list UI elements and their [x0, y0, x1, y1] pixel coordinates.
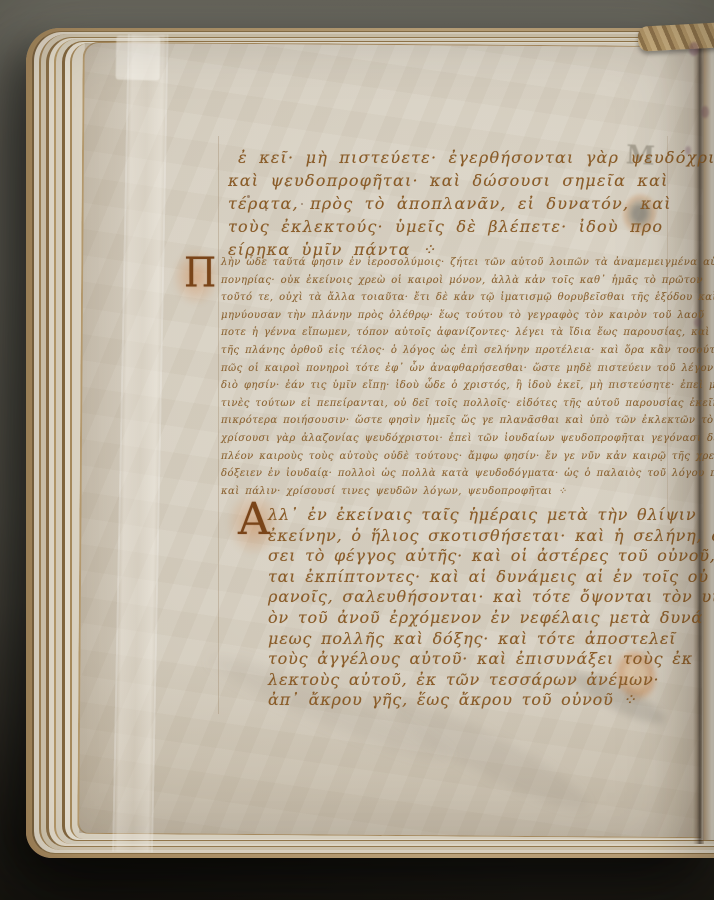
manuscript-text-line: καὶ ψευδοπροφῆται· καὶ δώσουσι σημεῖα κα… — [228, 169, 652, 192]
manuscript-text-line: μηνύουσαν τὴν πλάνην πρὸς ὀλέθρῳ· ἕως το… — [221, 307, 673, 325]
manuscript-text-line: πλέον καιροὺς τοὺς αὐτοὺς οὐδὲ τούτους· … — [221, 448, 673, 466]
manuscript-text-line: χρίσουσι γὰρ ἀλαζονίας ψευδόχριστοι· ἐπε… — [221, 430, 673, 448]
ruling-line-left — [218, 136, 219, 714]
manuscript-text-line: σει τὸ φέγγος αὐτῆς· καὶ οἱ ἀστέρες τοῦ … — [268, 546, 656, 567]
manuscript-text-line: διὸ φησίν· ἐάν τις ὑμῖν εἴπῃ· ἰδοὺ ὧδε ὁ… — [221, 377, 673, 395]
manuscript-photo: Μ Π Α ἐ κεῖ· μὴ πιστεύετε· ἐγερθήσονται … — [0, 0, 714, 900]
manuscript-text-line: δόξειεν ἐν ἰουδαίᾳ· πολλοὶ ὡς πολλὰ κατὰ… — [221, 465, 673, 483]
manuscript-text-line: ἐκείνην, ὁ ἥλιος σκοτισθήσεται· καὶ ἡ σε… — [268, 526, 656, 547]
manuscript-text-line: τινὲς τούτων εἰ πεπείρανται, οὐ δεῖ τοῖς… — [221, 395, 673, 413]
gospel-text-block-bottom: λλ᾽ ἐν ἐκείναις ταῖς ἡμέραις μετὰ τὴν θλ… — [268, 505, 656, 711]
manuscript-text-line: τέρατα, πρὸς τὸ ἀποπλανᾶν, εἰ δυνατόν, κ… — [228, 192, 652, 215]
manuscript-text-line: ἐ κεῖ· μὴ πιστεύετε· ἐγερθήσονται γὰρ ψε… — [228, 146, 652, 169]
initial-pi: Π — [184, 248, 216, 296]
manuscript-text-line: ρανοῖς, σαλευθήσονται· καὶ τότε ὄψονται … — [268, 587, 656, 608]
manuscript-text-line: λεκτοὺς αὐτοῦ, ἐκ τῶν τεσσάρων ἀνέμων· — [268, 670, 656, 691]
manuscript-text-line: τοῦτό τε, οὐχὶ τὰ ἄλλα τοιαῦτα· ἔτι δὲ κ… — [221, 289, 673, 307]
manuscript-text-line: ὸν τοῦ ἀνοῦ ἐρχόμενον ἐν νεφέλαις μετὰ δ… — [268, 608, 656, 629]
gospel-text-block-top: ἐ κεῖ· μὴ πιστεύετε· ἐγερθήσονται γὰρ ψε… — [228, 146, 652, 261]
manuscript-text-line: μεως πολλῆς καὶ δόξης· καὶ τότε ἀποστελε… — [268, 629, 656, 650]
manuscript-text-line: πῶς οἱ καιροὶ πονηροὶ τότε ἐφ᾽ ὧν ἀναφθα… — [221, 360, 673, 378]
manuscript-text-line: πικρότερα ποιήσουσιν· ὥστε φησὶν ἡμεῖς ὥ… — [221, 412, 673, 430]
manuscript-text-line: λλ᾽ ἐν ἐκείναις ταῖς ἡμέραις μετὰ τὴν θλ… — [268, 505, 656, 526]
manuscript-text-line: ται ἐκπίπτοντες· καὶ αἱ δυνάμεις αἱ ἐν τ… — [268, 567, 656, 588]
manuscript-text-line: τοὺς ἐκλεκτούς· ὑμεῖς δὲ βλέπετε· ἰδοὺ π… — [228, 215, 652, 238]
commentary-text-block: λὴν ὧδε ταῦτά φησιν ἐν ἱεροσολύμοις· ζήτ… — [221, 254, 673, 500]
manuscript-text-line: ποτε ἡ γέννα εἴπωμεν, τόπον αὐτοῖς ἀφανί… — [221, 324, 673, 342]
repair-tape-top-end — [116, 36, 161, 81]
manuscript-text-line: τῆς πλάνης ὀρθοῦ εἰς τέλος· ὁ λόγος ὡς ἐ… — [221, 342, 673, 360]
initial-alpha: Α — [238, 494, 270, 545]
manuscript-text-line: ἀπ᾽ ἄκρου γῆς, ἕως ἄκρου τοῦ οὐνοῦ ⁘ — [268, 690, 656, 711]
manuscript-text-line: καὶ πάλιν· χρίσουσί τινες ψευδῶν λόγων, … — [221, 483, 673, 501]
headband-endband — [637, 21, 714, 51]
manuscript-text-line: λὴν ὧδε ταῦτά φησιν ἐν ἱεροσολύμοις· ζήτ… — [221, 254, 673, 272]
manuscript-text-line: τοὺς ἀγγέλους αὐτοῦ· καὶ ἐπισυνάξει τοὺς… — [268, 649, 656, 670]
manuscript-text-line: πονηρίας· οὐκ ἐκείνοις χρεὼ οἱ καιροὶ μό… — [221, 272, 673, 290]
